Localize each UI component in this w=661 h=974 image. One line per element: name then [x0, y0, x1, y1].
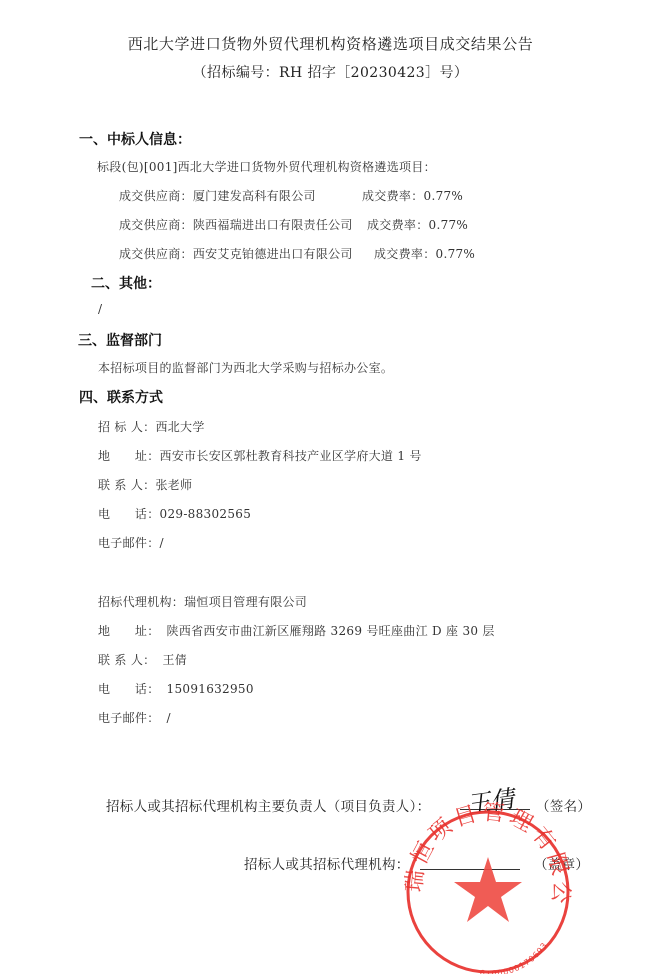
- supplier-rate-3: 成交费率：0.77%: [374, 245, 475, 262]
- agency-contact: 王倩: [162, 653, 187, 667]
- supplier-label: 成交供应商：: [119, 218, 193, 232]
- agency-address-row: 地 址：陕西省西安市曲江新区雁翔路 3269 号旺座曲江 D 座 30 层: [98, 622, 495, 639]
- supplier-rate-2: 成交费率：0.77%: [367, 216, 468, 233]
- section-3-heading: 三、监督部门: [78, 330, 162, 350]
- tenderer-name: 西北大学: [155, 420, 204, 434]
- supplier-name: 陕西福瑞进出口有限责任公司: [193, 218, 353, 232]
- section-2-heading: 二、其他：: [91, 273, 161, 293]
- lot-line: 标段(包)[001]西北大学进口货物外贸代理机构资格遴选项目：: [97, 158, 436, 175]
- field-label: 电子邮件：: [98, 711, 160, 725]
- agency-address: 陕西省西安市曲江新区雁翔路 3269 号旺座曲江 D 座 30 层: [167, 624, 495, 638]
- tenderer-address: 西安市长安区郭杜教育科技产业区学府大道 1 号: [160, 449, 422, 463]
- agency-phone: 15091632950: [167, 682, 254, 696]
- supplier-name: 西安艾克铂德进出口有限公司: [193, 247, 353, 261]
- agency-contact-row: 联 系 人：王倩: [98, 651, 187, 668]
- section-4-heading: 四、联系方式: [79, 387, 163, 407]
- supplier-rate-1: 成交费率：0.77%: [362, 187, 463, 204]
- document-title: 西北大学进口货物外贸代理机构资格遴选项目成交结果公告: [0, 33, 661, 54]
- field-label: 地 址：: [98, 449, 160, 463]
- responsible-label: 招标人或其招标代理机构主要负责人（项目负责人）：: [106, 795, 430, 815]
- org-label: 招标人或其招标代理机构：: [244, 853, 410, 873]
- tenderer-phone: 029-88302565: [160, 507, 252, 521]
- rate-label: 成交费率：: [367, 218, 429, 232]
- field-label: 电子邮件：: [98, 536, 160, 550]
- field-label: 地 址：: [98, 624, 160, 638]
- tenderer-address-row: 地 址：西安市长安区郭杜教育科技产业区学府大道 1 号: [98, 447, 422, 464]
- agency-name-row: 招标代理机构：瑞恒项目管理有限公司: [98, 593, 307, 610]
- agency-name: 瑞恒项目管理有限公司: [184, 595, 307, 609]
- section-1-heading: 一、中标人信息：: [79, 129, 191, 149]
- supplier-row-1: 成交供应商：厦门建发高科有限公司: [119, 187, 316, 204]
- rate-label: 成交费率：: [374, 247, 436, 261]
- supplier-label: 成交供应商：: [119, 189, 193, 203]
- supplier-name: 厦门建发高科有限公司: [193, 189, 316, 203]
- document-subtitle: （招标编号：RH 招字［20230423］号）: [0, 62, 661, 82]
- section-2-content: /: [98, 302, 102, 316]
- agency-email-row: 电子邮件：/: [98, 709, 171, 726]
- agency-email: /: [167, 711, 171, 725]
- agency-phone-row: 电 话：15091632950: [98, 680, 254, 697]
- field-label: 招标代理机构：: [98, 595, 184, 609]
- supplier-row-2: 成交供应商：陕西福瑞进出口有限责任公司: [119, 216, 353, 233]
- tenderer-contact-row: 联 系 人：张老师: [98, 476, 192, 493]
- supplier-label: 成交供应商：: [119, 247, 193, 261]
- rate-value: 0.77%: [436, 247, 476, 261]
- rate-value: 0.77%: [424, 189, 464, 203]
- tenderer-contact: 张老师: [155, 478, 192, 492]
- company-seal-icon: 瑞恒项目管理有限公司 6100000170693: [398, 802, 578, 974]
- tenderer-email-row: 电子邮件：/: [98, 534, 164, 551]
- rate-value: 0.77%: [429, 218, 469, 232]
- supplier-row-3: 成交供应商：西安艾克铂德进出口有限公司: [119, 245, 353, 262]
- svg-text:6100000170693: 6100000170693: [479, 941, 549, 974]
- field-label: 联 系 人：: [98, 478, 155, 492]
- tenderer-phone-row: 电 话：029-88302565: [98, 505, 251, 522]
- section-3-content: 本招标项目的监督部门为西北大学采购与招标办公室。: [98, 359, 393, 376]
- field-label: 招 标 人：: [98, 420, 155, 434]
- rate-label: 成交费率：: [362, 189, 424, 203]
- field-label: 电 话：: [98, 507, 160, 521]
- field-label: 电 话：: [98, 682, 160, 696]
- tenderer-email: /: [160, 536, 164, 550]
- field-label: 联 系 人：: [98, 653, 155, 667]
- tenderer-name-row: 招 标 人：西北大学: [98, 418, 205, 435]
